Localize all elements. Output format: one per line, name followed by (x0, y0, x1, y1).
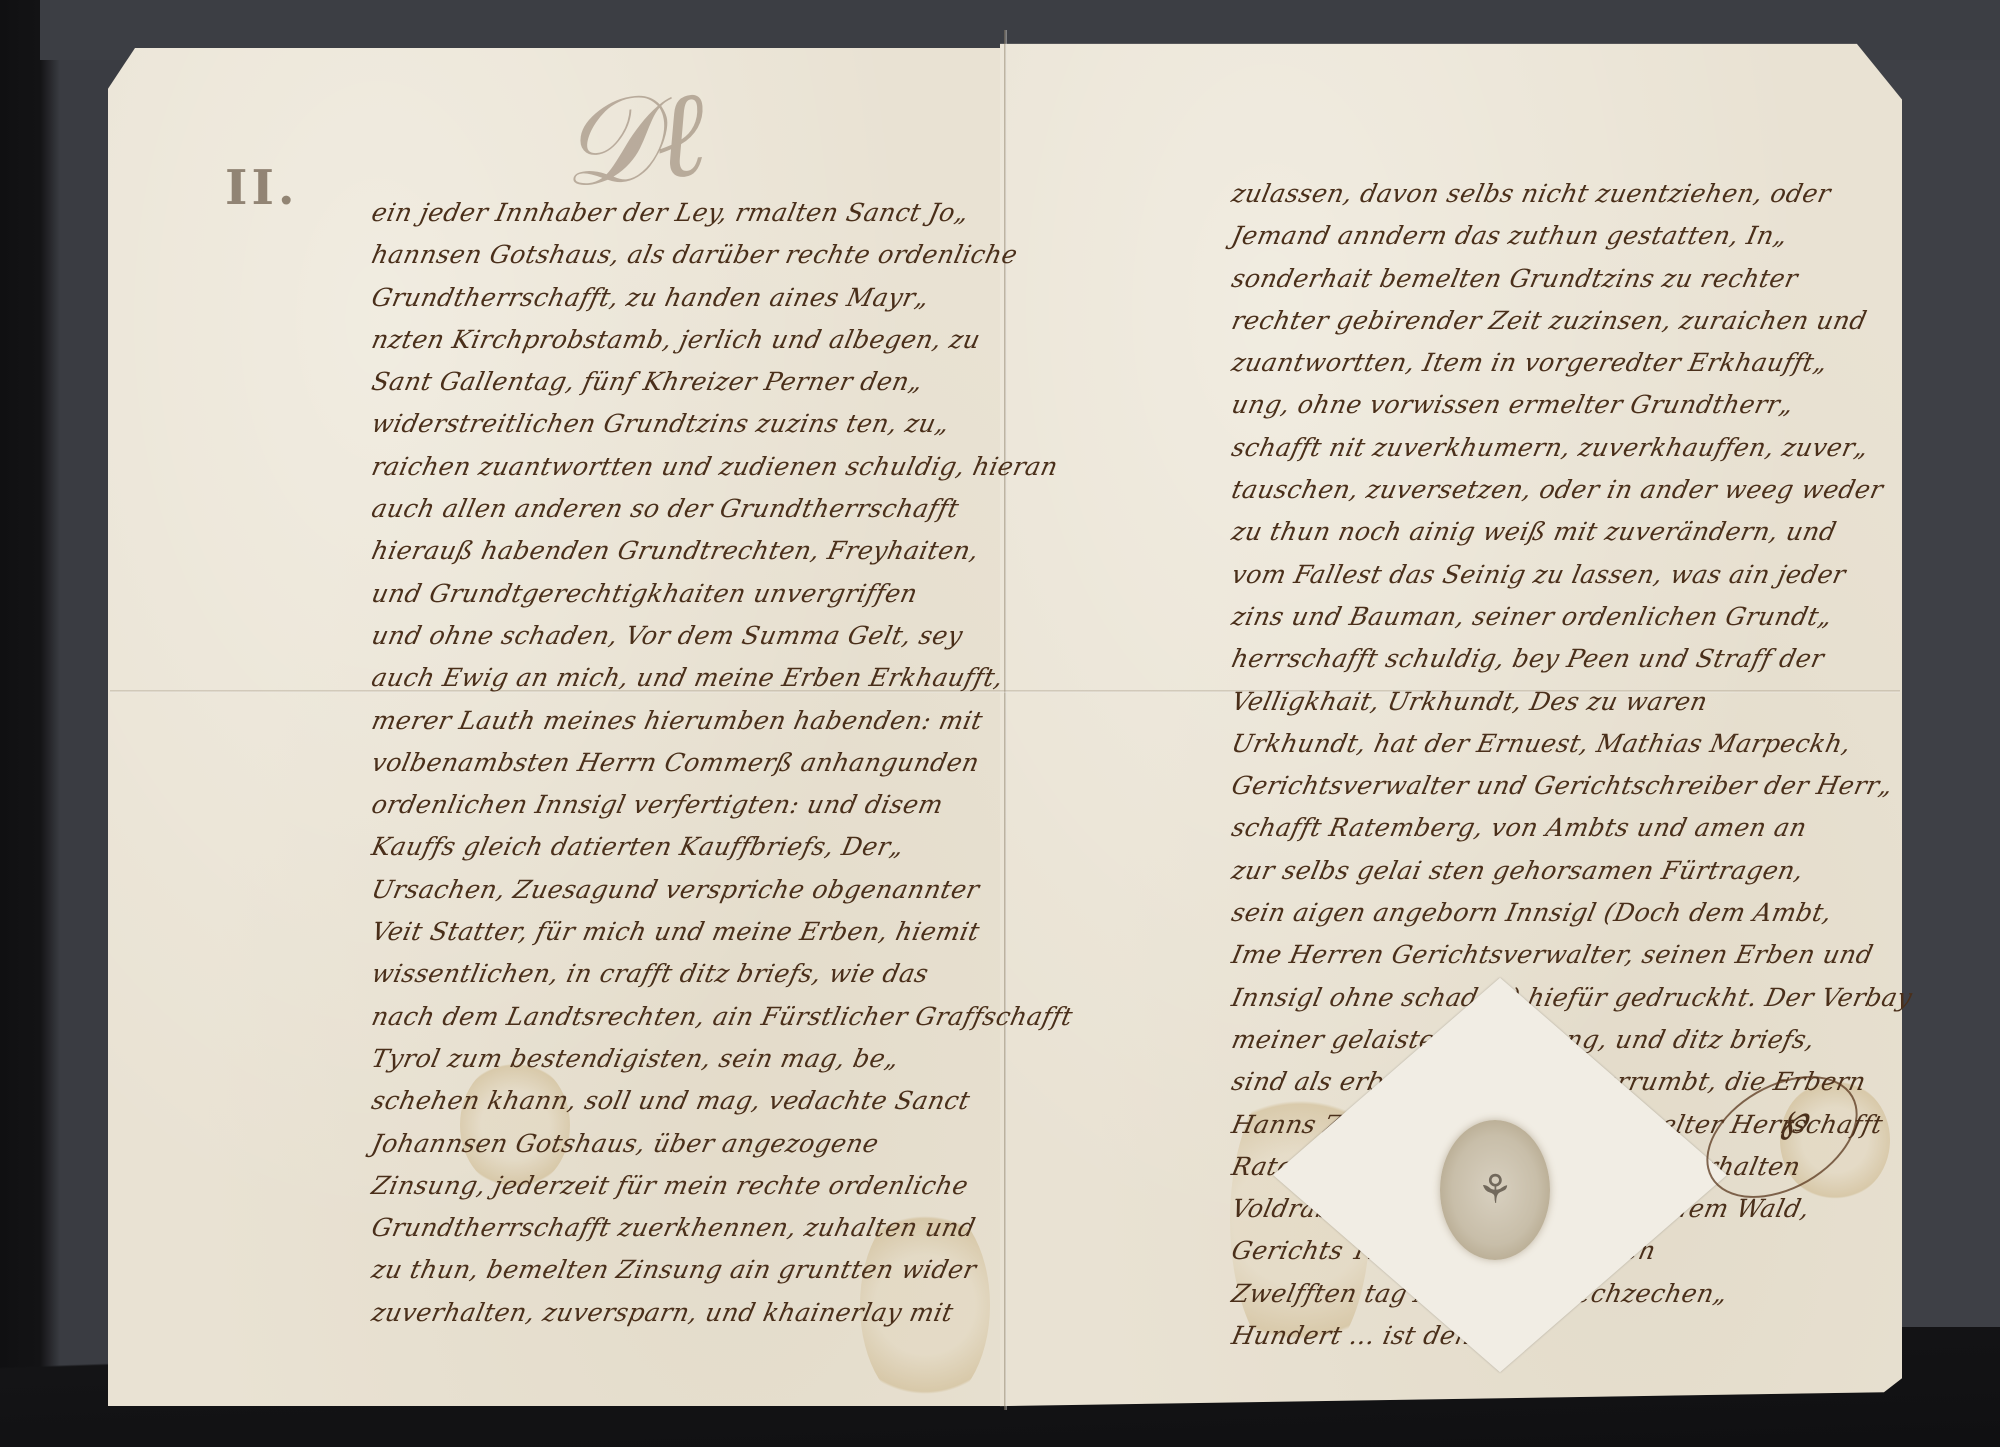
center-fold (1004, 30, 1007, 1410)
text-line: Gerichtsverwalter und Gerichtschreiber d… (1228, 765, 1897, 807)
text-line: auch Ewig an mich, und meine Erben Erkha… (368, 657, 997, 699)
text-line: zuantwortten, Item in vorgeredter Erkhau… (1228, 342, 1897, 384)
text-line: volbenambsten Herrn Commerß anhangunden (368, 742, 997, 784)
text-line: zu thun, bemelten Zinsung ain gruntten w… (368, 1249, 997, 1291)
text-line: auch allen anderen so der Grundtherrscha… (368, 488, 997, 530)
text-line: wissentlichen, in crafft ditz briefs, wi… (368, 953, 997, 995)
text-line: Innsigl ohne schaden) hiefür gedruckht. … (1228, 977, 1897, 1019)
text-line: zur selbs gelai sten gehorsamen Fürtrage… (1228, 850, 1897, 892)
left-page-text: ein jeder Innhaber der Ley, rmalten Sanc… (372, 192, 992, 1334)
text-line: Grundtherrschafft zuerkhennen, zuhalten … (368, 1207, 997, 1249)
text-line: Grundtherrschafft, zu handen aines Mayr„ (368, 277, 997, 319)
text-line: Hundert ... ist den (1228, 1315, 1897, 1357)
text-line: hierauß habenden Grundtrechten, Freyhait… (368, 530, 997, 572)
text-line: nzten Kirchprobstamb, jerlich und albege… (368, 319, 997, 361)
text-line: schehen khann, soll und mag, vedachte Sa… (368, 1080, 997, 1122)
margin-mark: II. (225, 160, 299, 216)
text-line: vom Fallest das Seinig zu lassen, was ai… (1228, 554, 1897, 596)
text-line: Kauffs gleich datierten Kauffbriefs, Der… (368, 826, 997, 868)
coat-of-arms-icon: ⚘ (1462, 1150, 1528, 1230)
text-line: ung, ohne vorwissen ermelter Grundtherr„ (1228, 384, 1897, 426)
text-line: Urkhundt, hat der Ernuest, Mathias Marpe… (1228, 723, 1897, 765)
text-line: rechter gebirender Zeit zuzinsen, zuraic… (1228, 300, 1897, 342)
text-line: zu thun noch ainig weiß mit zuverändern,… (1228, 511, 1897, 553)
text-line: schafft Ratemberg, von Ambts und amen an (1228, 807, 1897, 849)
text-line: sonderhait bemelten Grundtzins zu rechte… (1228, 258, 1897, 300)
text-line: Sant Gallentag, fünf Khreizer Perner den… (368, 361, 997, 403)
text-line: ein jeder Innhaber der Ley, rmalten Sanc… (368, 192, 997, 234)
text-line: Ime Herren Gerichtsverwalter, seinen Erb… (1228, 934, 1897, 976)
text-line: zulassen, davon selbs nicht zuentziehen,… (1228, 173, 1897, 215)
text-line: hannsen Gotshaus, als darüber rechte ord… (368, 234, 997, 276)
text-line: Ursachen, Zuesagund verspriche obgenannt… (368, 869, 997, 911)
text-line: nach dem Landtsrechten, ain Fürstlicher … (368, 996, 997, 1038)
text-line: Veit Statter, für mich und meine Erben, … (368, 911, 997, 953)
text-line: Zinsung, jederzeit für mein rechte orden… (368, 1165, 997, 1207)
text-line: herrschafft schuldig, bey Peen und Straf… (1228, 638, 1897, 680)
text-line: schafft nit zuverkhumern, zuverkhauffen,… (1228, 427, 1897, 469)
signature-monogram: ℘ (1780, 1095, 1808, 1141)
text-line: zuverhalten, zuversparn, und khainerlay … (368, 1292, 997, 1334)
text-line: Tyrol zum bestendigisten, sein mag, be„ (368, 1038, 997, 1080)
text-line: merer Lauth meines hierumben habenden: m… (368, 700, 997, 742)
text-line: raichen zuantwortten und zudienen schuld… (368, 446, 997, 488)
text-line: und ohne schaden, Vor dem Summa Gelt, se… (368, 615, 997, 657)
text-line: zins und Bauman, seiner ordenlichen Grun… (1228, 596, 1897, 638)
text-line: und Grundtgerechtigkhaiten unvergriffen (368, 573, 997, 615)
text-line: Jemand anndern das zuthun gestatten, In„ (1228, 215, 1897, 257)
text-line: tauschen, zuversetzen, oder in ander wee… (1228, 469, 1897, 511)
text-line: Velligkhait, Urkhundt, Des zu waren (1228, 681, 1897, 723)
text-line: ordenlichen Innsigl verfertigten: und di… (368, 784, 997, 826)
text-line: widerstreitlichen Grundtzins zuzins ten,… (368, 403, 997, 445)
text-line: sein aigen angeborn Innsigl (Doch dem Am… (1228, 892, 1897, 934)
text-line: Johannsen Gotshaus, über angezogene (368, 1123, 997, 1165)
